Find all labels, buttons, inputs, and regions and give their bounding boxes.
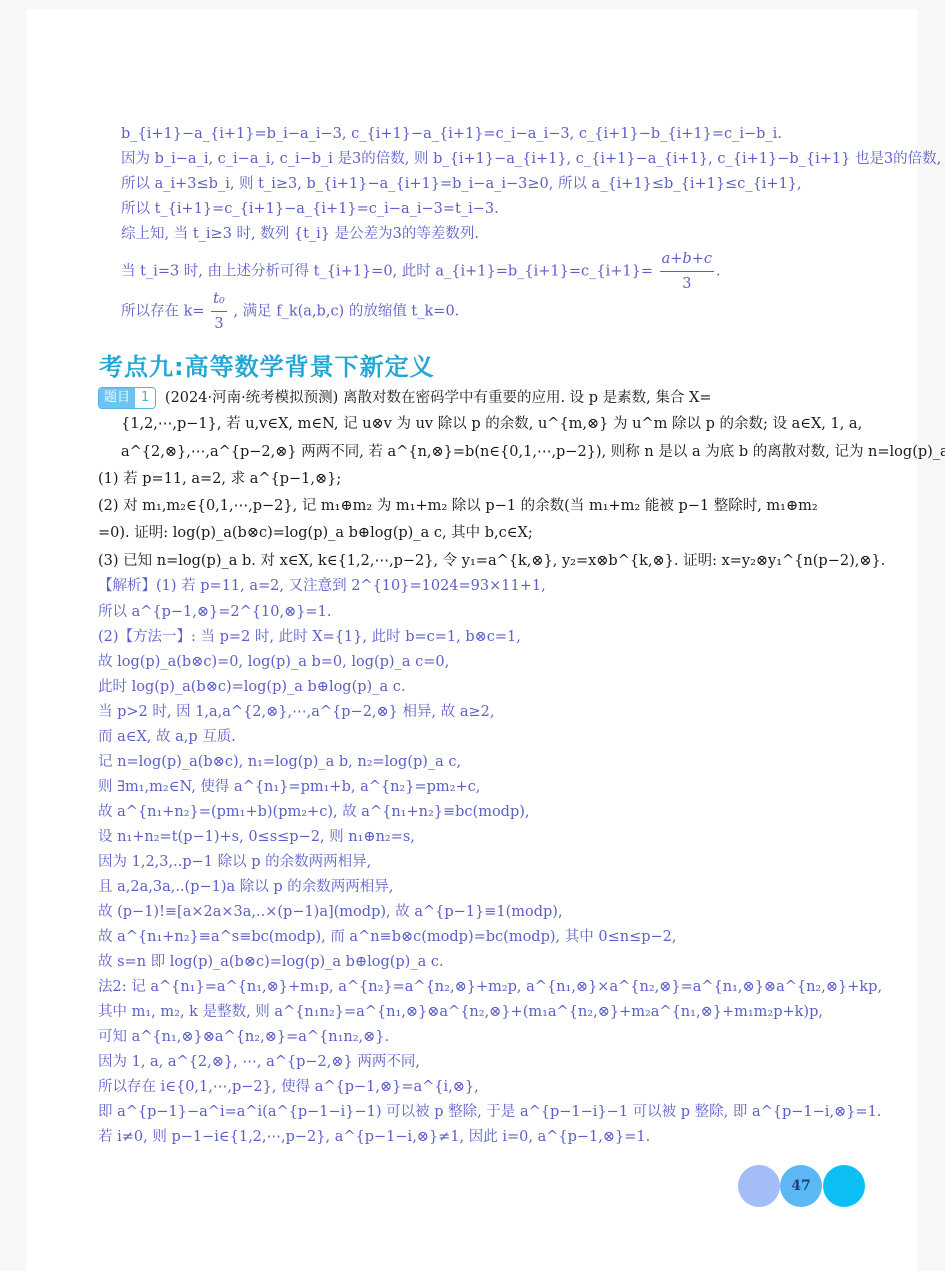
solution-line: 且 a,2a,3a,..(p−1)a 除以 p 的余数两两相异,: [98, 877, 393, 897]
solution-line: 则 ∃m₁,m₂∈N, 使得 a^{n₁}=pm₁+b, a^{n₂}=pm₂+…: [98, 777, 480, 797]
solution-line: 故 a^{n₁+n₂}=(pm₁+b)(pm₂+c), 故 a^{n₁+n₂}≡…: [98, 802, 530, 822]
solution-line: 因为 b_i−a_i, c_i−a_i, c_i−b_i 是3的倍数, 则 b_…: [121, 149, 941, 169]
page-number: 47: [780, 1165, 822, 1207]
badge-number: 1: [135, 388, 155, 408]
solution-line: 所以 a_i+3≤b_i, 则 t_i≥3, b_{i+1}−a_{i+1}=b…: [121, 174, 802, 194]
problem-line: a^{2,⊗},⋯,a^{p−2,⊗} 两两不同, 若 a^{n,⊗}=b(n∈…: [121, 442, 945, 462]
solution-line: 设 n₁+n₂=t(p−1)+s, 0≤s≤p−2, 则 n₁⊕n₂=s,: [98, 827, 415, 847]
solution-line: 所以 t_{i+1}=c_{i+1}−a_{i+1}=c_i−a_i−3=t_i…: [121, 199, 499, 219]
fraction-numerator: t₀: [211, 287, 227, 312]
decorative-circle-right: [823, 1165, 865, 1207]
solution-line: 故 a^{n₁+n₂}≡a^s≡bc(modp), 而 a^n≡b⊗c(modp…: [98, 927, 677, 947]
solution-line: 可知 a^{n₁,⊗}⊗a^{n₂,⊗}=a^{n₁n₂,⊗}.: [98, 1027, 389, 1047]
solution-line: 故 s=n 即 log(p)_a(b⊗c)=log(p)_a b⊕log(p)_…: [98, 952, 444, 972]
line-suffix: , 满足 f_k(a,b,c) 的放缩值 t_k=0.: [233, 304, 459, 320]
fraction-denominator: 3: [211, 312, 227, 336]
badge-label: 题目: [99, 388, 135, 408]
solution-line: 法2: 记 a^{n₁}=a^{n₁,⊗}+m₁p, a^{n₂}=a^{n₂,…: [98, 977, 882, 997]
problem-line-1: 题目 1 (2024·河南·统考模拟预测) 离散对数在密码学中有重要的应用. 设…: [98, 387, 711, 409]
fraction-numerator: a+b+c: [660, 247, 714, 272]
problem-part-2: (2) 对 m₁,m₂∈{0,1,⋯,p−2}, 记 m₁⊕m₂ 为 m₁+m₂…: [98, 496, 818, 516]
problem-part-1: (1) 若 p=11, a=2, 求 a^{p−1,⊗};: [98, 469, 341, 489]
solution-line: 故 (p−1)!≡[a×2a×3a,..×(p−1)a](modp), 故 a^…: [98, 902, 563, 922]
document-page: b_{i+1}−a_{i+1}=b_i−a_i−3, c_{i+1}−a_{i+…: [26, 9, 917, 1271]
solution-line-fraction: 所以存在 k= t₀ 3 , 满足 f_k(a,b,c) 的放缩值 t_k=0.: [121, 287, 459, 336]
section-heading: 考点九:高等数学背景下新定义: [99, 347, 435, 382]
solution-line: 此时 log(p)_a(b⊗c)=log(p)_a b⊕log(p)_a c.: [98, 677, 405, 697]
problem-line: =0). 证明: log(p)_a(b⊗c)=log(p)_a b⊕log(p)…: [98, 523, 533, 543]
solution-line: 故 log(p)_a(b⊗c)=0, log(p)_a b=0, log(p)_…: [98, 652, 449, 672]
solution-line: 因为 1,2,3,..p−1 除以 p 的余数两两相异,: [98, 852, 371, 872]
solution-line: 所以存在 i∈{0,1,⋯,p−2}, 使得 a^{p−1,⊗}=a^{i,⊗}…: [98, 1077, 479, 1097]
fraction: a+b+c 3: [660, 247, 714, 296]
solution-line: 所以 a^{p−1,⊗}=2^{10,⊗}=1.: [98, 602, 331, 622]
decorative-circle-left: [738, 1165, 780, 1207]
solution-line: 【解析】(1) 若 p=11, a=2, 又注意到 2^{10}=1024=93…: [98, 576, 546, 596]
problem-text: (2024·河南·统考模拟预测) 离散对数在密码学中有重要的应用. 设 p 是素…: [165, 390, 712, 406]
solution-line: 因为 1, a, a^{2,⊗}, ⋯, a^{p−2,⊗} 两两不同,: [98, 1052, 420, 1072]
problem-badge: 题目 1: [98, 387, 156, 409]
solution-line: 即 a^{p−1}−a^i=a^i(a^{p−1−i}−1) 可以被 p 整除,…: [98, 1102, 881, 1122]
line-prefix: 当 t_i=3 时, 由上述分析可得 t_{i+1}=0, 此时 a_{i+1}…: [121, 264, 653, 280]
solution-line: 当 p>2 时, 因 1,a,a^{2,⊗},⋯,a^{p−2,⊗} 相异, 故…: [98, 702, 494, 722]
solution-line: 若 i≠0, 则 p−1−i∈{1,2,⋯,p−2}, a^{p−1−i,⊗}≠…: [98, 1127, 650, 1147]
solution-line: 其中 m₁, m₂, k 是整数, 则 a^{n₁n₂}=a^{n₁,⊗}⊗a^…: [98, 1002, 823, 1022]
solution-line: 综上知, 当 t_i≥3 时, 数列 {t_i} 是公差为3的等差数列.: [121, 224, 479, 244]
fraction-denominator: 3: [660, 272, 714, 296]
solution-line: b_{i+1}−a_{i+1}=b_i−a_i−3, c_{i+1}−a_{i+…: [121, 124, 782, 144]
line-prefix: 所以存在 k=: [121, 304, 205, 320]
solution-line: 记 n=log(p)_a(b⊗c), n₁=log(p)_a b, n₂=log…: [98, 752, 461, 772]
solution-line: 而 a∈X, 故 a,p 互质.: [98, 727, 236, 747]
problem-part-3: (3) 已知 n=log(p)_a b. 对 x∈X, k∈{1,2,⋯,p−2…: [98, 551, 885, 571]
fraction: t₀ 3: [211, 287, 227, 336]
solution-line: (2)【方法一】: 当 p=2 时, 此时 X={1}, 此时 b=c=1, b…: [98, 627, 521, 647]
problem-line: {1,2,⋯,p−1}, 若 u,v∈X, m∈N, 记 u⊗v 为 uv 除以…: [121, 414, 862, 434]
